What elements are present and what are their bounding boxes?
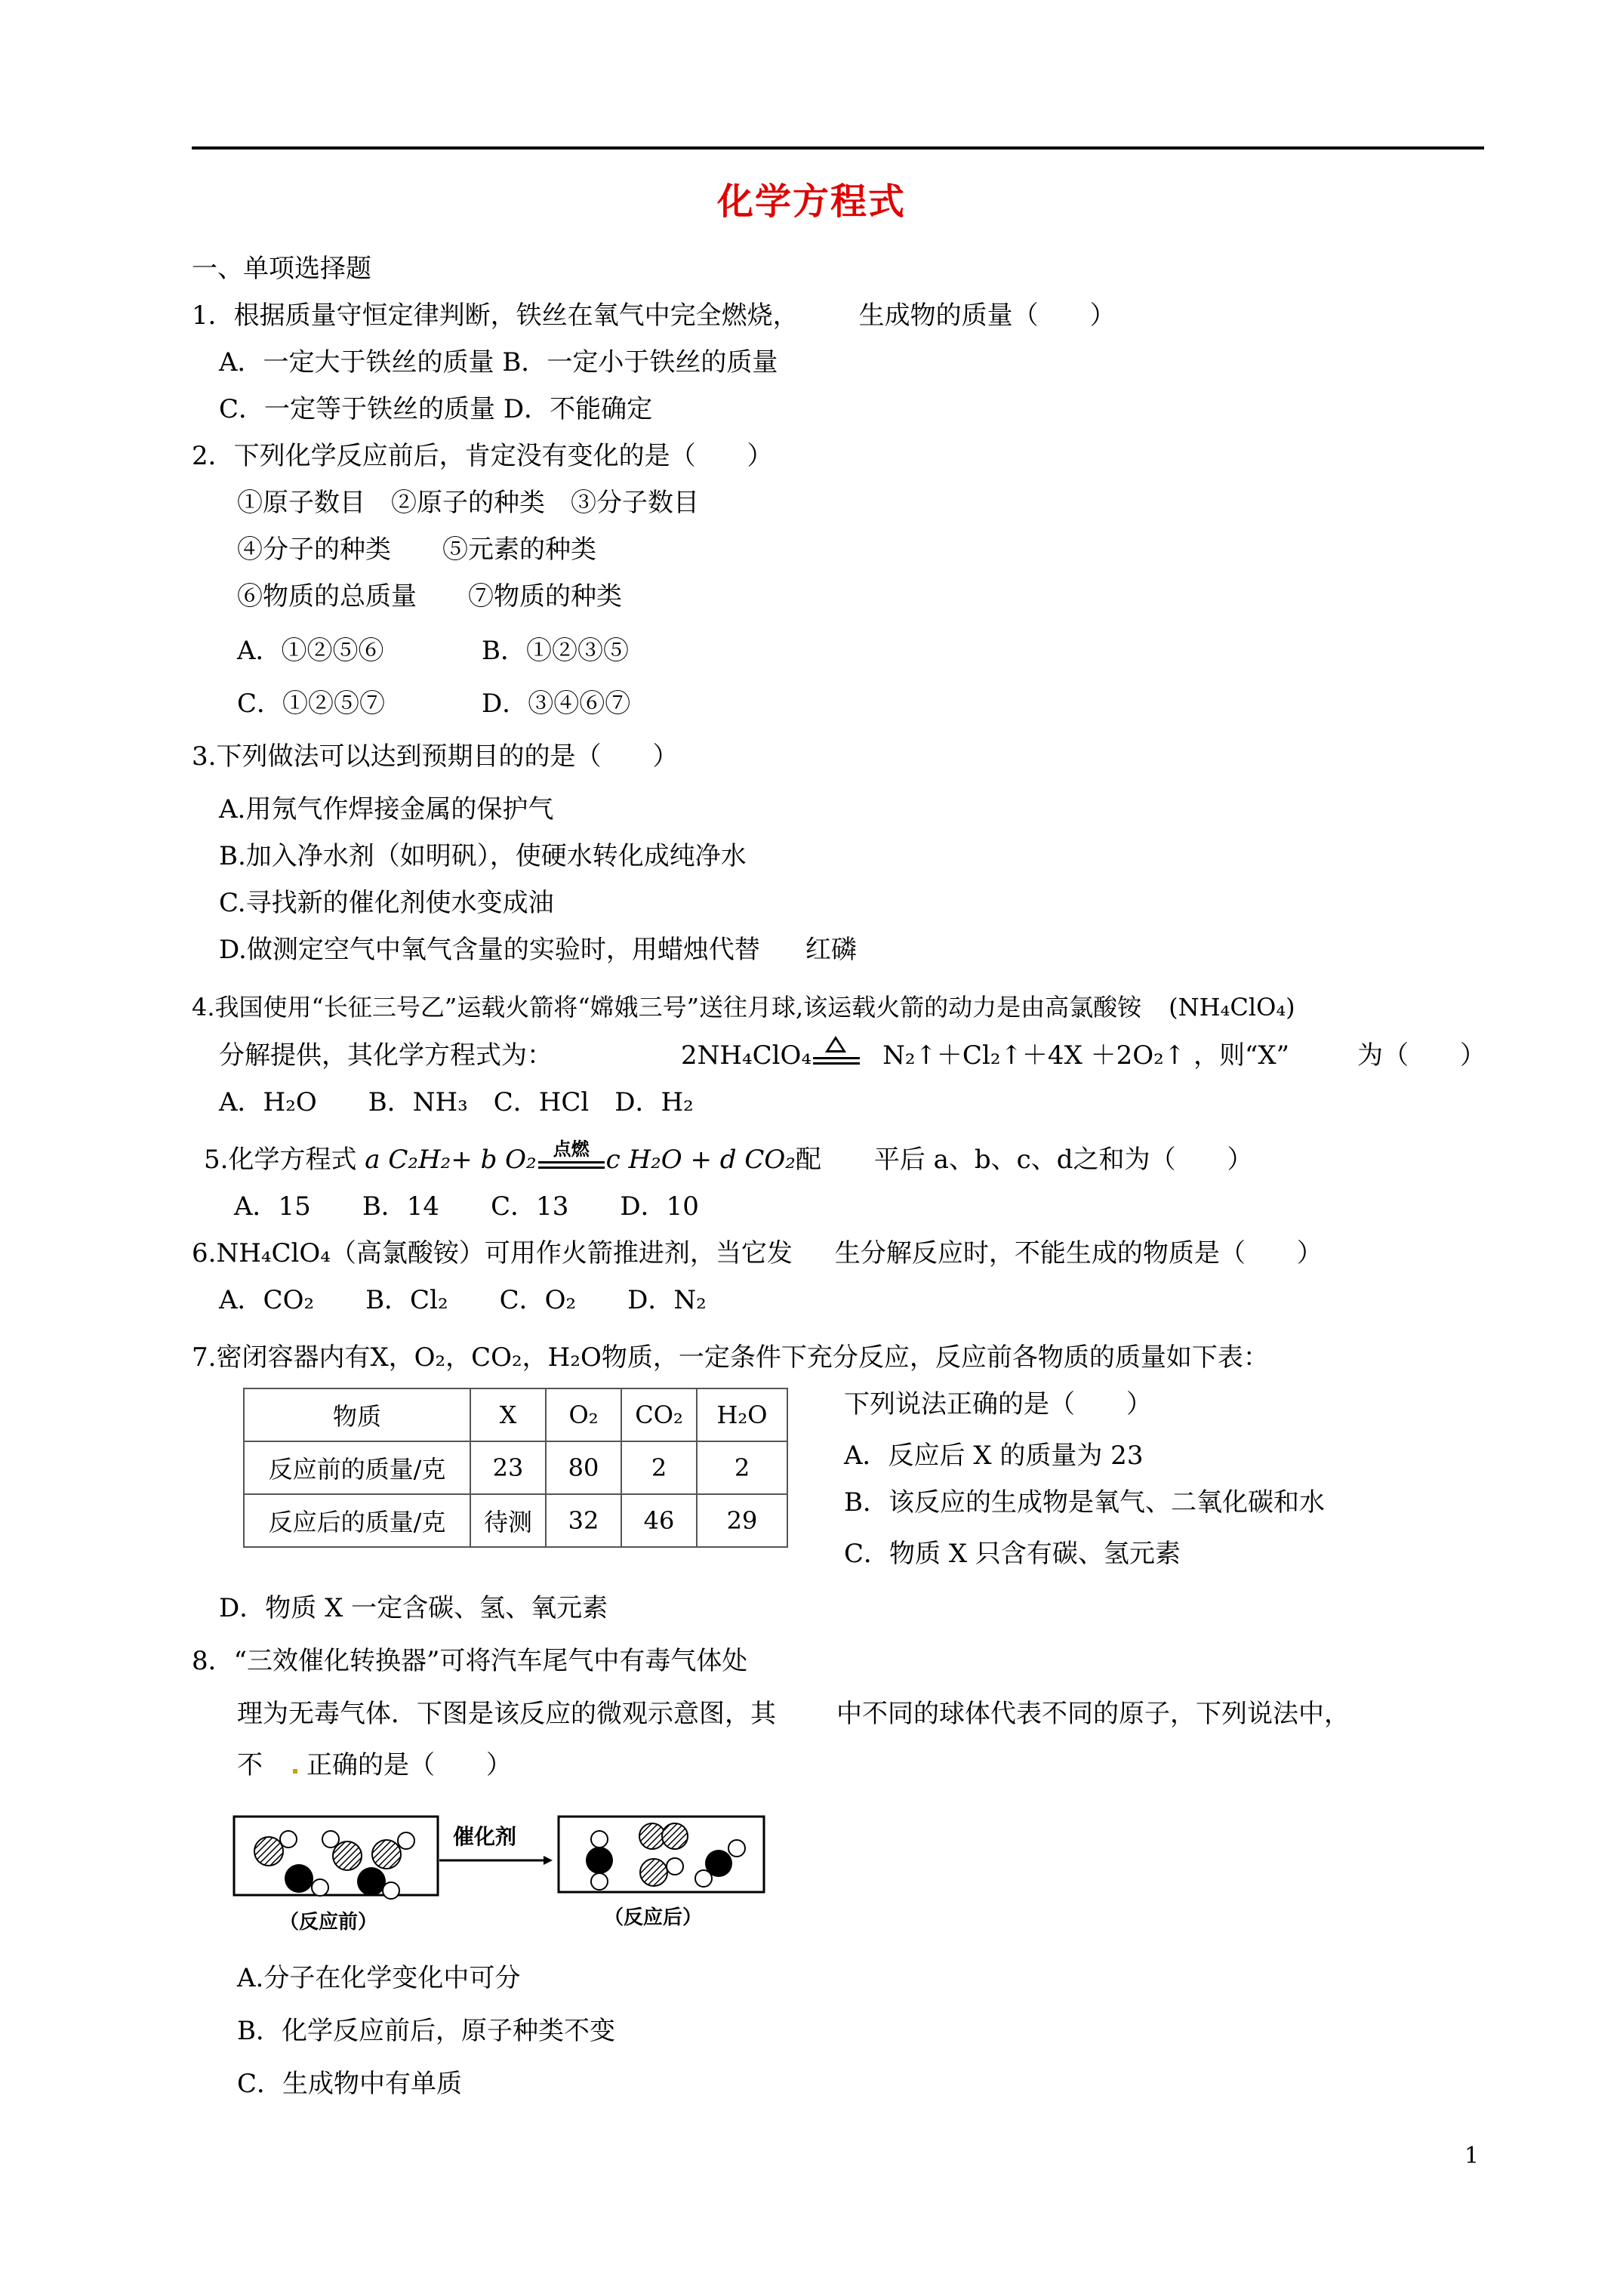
page-number: 1	[1464, 2143, 1479, 2169]
q7-stem: 7.密闭容器内有X，O₂，CO₂，H₂O物质，一定条件下充分反应，反应前各物质的…	[192, 1342, 1269, 1373]
q4-equation-line: 分解提供，其化学方程式为：2NH₄ClO₄N₂↑＋Cl₂↑＋4X ＋2O₂↑ ，…	[219, 1040, 1486, 1071]
before-label: （反应前）	[279, 1910, 377, 1934]
q4-options: A．H₂O B．NH₃ C．HCl D．H₂	[219, 1087, 694, 1117]
q1-stem: 1．根据质量守恒定律判断，铁丝在氧气中完全燃烧，生成物的质量（ ）	[192, 300, 1116, 331]
q3-option-a: A.用氖气作焊接金属的保护气	[219, 794, 553, 824]
q8-option-a: A.分子在化学变化中可分	[237, 1963, 520, 1993]
q2-stem: 2．下列化学反应前后，肯定没有变化的是（ ）	[192, 441, 773, 471]
q1-options-cd: C．一定等于铁丝的质量 D．不能确定	[219, 394, 652, 424]
table-row: 反应后的质量/克 待测 32 46 29	[244, 1494, 787, 1547]
q3-stem: 3.下列做法可以达到预期目的的是（ ）	[192, 741, 678, 772]
q5-options: A．15 B．14 C．13 D．10	[234, 1191, 699, 1222]
q3-option-b: B.加入净水剂（如明矾），使硬水转化成纯净水	[219, 841, 747, 871]
after-label: （反应后）	[604, 1906, 702, 1929]
q8-stem-line1: 8．“三效催化转换器”可将汽车尾气中有毒气体处	[192, 1646, 747, 1676]
q8-option-c: C．生成物中有单质	[237, 2069, 462, 2099]
before-box	[234, 1817, 438, 1899]
q2-option-c: C．①②⑤⑦	[237, 689, 385, 719]
q3-option-d: D.做测定空气中氧气含量的实验时，用蜡烛代替红磷	[219, 935, 857, 965]
q7-prompt: 下列说法正确的是（ ）	[844, 1389, 1152, 1419]
q4-products: N₂↑＋Cl₂↑＋4X ＋2O₂↑ ，则“X”	[882, 1040, 1289, 1071]
table-header-row: 物质 X O₂ CO₂ H₂O	[244, 1388, 787, 1441]
q2-items-2: ④分子的种类 ⑤元素的种类	[237, 535, 596, 565]
q5-equation-right: c H₂O + d CO₂	[606, 1145, 796, 1175]
q2-items-1: ①原子数目 ②原子的种类 ③分子数目	[237, 488, 699, 518]
heat-condition-sign	[811, 1040, 861, 1071]
q2-items-3: ⑥物质的总质量 ⑦物质的种类	[237, 581, 622, 612]
catalyst-arrow: 催化剂	[439, 1824, 553, 1865]
q4-stem: 4.我国使用“长征三号乙”运载火箭将“嫦娥三号”送往月球,该运载火箭的动力是由高…	[192, 992, 1295, 1022]
table-row: 反应前的质量/克 23 80 2 2	[244, 1441, 787, 1494]
q2-option-b: B．①②③⑤	[482, 636, 629, 666]
mass-table: 物质 X O₂ CO₂ H₂O 反应前的质量/克 23 80 2 2 反应后的质…	[243, 1388, 788, 1548]
header-rule	[192, 146, 1484, 149]
q7-option-a: A．反应后 X 的质量为 23	[844, 1441, 1143, 1471]
q8-stem-line3: 不正确的是（ ）	[237, 1750, 512, 1780]
q7-option-b: B．该反应的生成物是氧气、二氧化碳和水	[844, 1487, 1325, 1518]
stray-mark	[293, 1769, 297, 1774]
page-title: 化学方程式	[0, 172, 1623, 224]
q1-options-ab: A．一定大于铁丝的质量 B．一定小于铁丝的质量	[219, 347, 778, 378]
q5-stem: 5.化学方程式 a C₂H₂+ b O₂点燃c H₂O + d CO₂配平后 a…	[204, 1145, 1253, 1175]
svg-text:催化剂: 催化剂	[453, 1824, 516, 1849]
ignite-condition-sign: 点燃	[537, 1145, 606, 1175]
triangle-heat-icon	[825, 1036, 846, 1052]
after-box	[559, 1817, 764, 1892]
q5-equation-left: a C₂H₂+ b O₂	[365, 1145, 536, 1175]
q2-option-d: D．③④⑥⑦	[482, 689, 630, 719]
q7-option-c: C．物质 X 只含有碳、氢元素	[844, 1539, 1181, 1569]
q6-stem: 6.NH₄ClO₄（高氯酸铵）可用作火箭推进剂，当它发生分解反应时，不能生成的物…	[192, 1238, 1323, 1268]
q8-option-b: B．化学反应前后，原子种类不变	[237, 2016, 615, 2046]
reaction-micro-diagram: 催化剂 （反应前） （反应后）	[226, 1806, 778, 1942]
q4-reactant: 2NH₄ClO₄	[681, 1040, 811, 1071]
section-heading: 一、单项选择题	[192, 254, 371, 284]
q6-options: A．CO₂ B．Cl₂ C．O₂ D．N₂	[219, 1285, 707, 1315]
q7-option-d: D．物质 X 一定含碳、氢、氧元素	[219, 1593, 608, 1623]
q2-option-a: A．①②⑤⑥	[237, 636, 384, 666]
q8-stem-line2: 理为无毒气体．下图是该反应的微观示意图，其中不同的球体代表不同的原子，下列说法中…	[237, 1699, 1350, 1729]
q3-option-c: C.寻找新的催化剂使水变成油	[219, 888, 554, 918]
